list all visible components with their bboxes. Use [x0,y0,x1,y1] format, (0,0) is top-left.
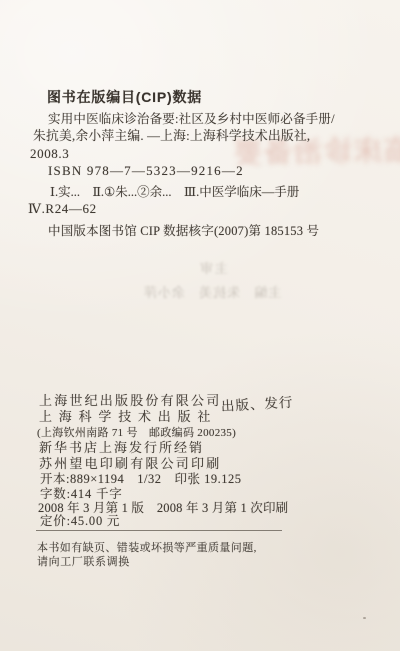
ghost-bleedthrough-line1: 主审 [198,262,228,277]
cip-classification-line1: Ⅰ.实... Ⅱ.①朱...②余... Ⅲ.中医学临床—手册 [50,185,299,199]
cip-registration-number: 中国版本图书馆 CIP 数据核字(2007)第 185153 号 [48,224,319,238]
publisher-name: 上海科学技术出版社 [39,410,217,425]
divider-rule [36,530,282,531]
ghost-bleedthrough-line2: 主编 朱抗美 余小萍 [143,286,282,301]
publisher-role-label: 出版、发行 [221,395,294,415]
cip-entry-line2: 朱抗美,余小萍主编. —上海:上海科学技术出版社, [33,129,310,144]
word-count-line: 字数:414 千字 [40,487,123,501]
publisher-group-name: 上海世纪出版股份有限公司 [39,394,221,409]
distribution-line: 新华书店上海发行所经销 [39,441,204,456]
cip-heading: 图书在版编目(CIP)数据 [47,89,202,105]
price-line: 定价:45.00 元 [40,514,120,528]
quality-note-line1: 本书如有缺页、错装或坏损等严重质量问题, [37,542,257,555]
book-copyright-page: 实用中医临床诊治备要 图书在版编目(CIP)数据 实用中医临床诊治备要:社区及乡… [0,0,400,651]
cip-entry-line1: 实用中医临床诊治备要:社区及乡村中医师必备手册/ [48,112,335,126]
cip-classification-line2: Ⅳ.R24—62 [28,202,97,217]
isbn-number: ISBN 978—7—5323—9216—2 [48,164,244,179]
cip-entry-line3: 2008.3 [30,147,69,162]
format-and-sheets-line: 开本:889×1194 1/32 印张 19.125 [40,472,242,486]
paper-speck [363,617,366,619]
quality-note-line2: 请向工厂联系调换 [37,556,130,569]
printing-company-line: 苏州望电印刷有限公司印刷 [39,457,221,472]
publisher-address: (上海钦州南路 71 号 邮政编码 200235) [37,427,236,440]
